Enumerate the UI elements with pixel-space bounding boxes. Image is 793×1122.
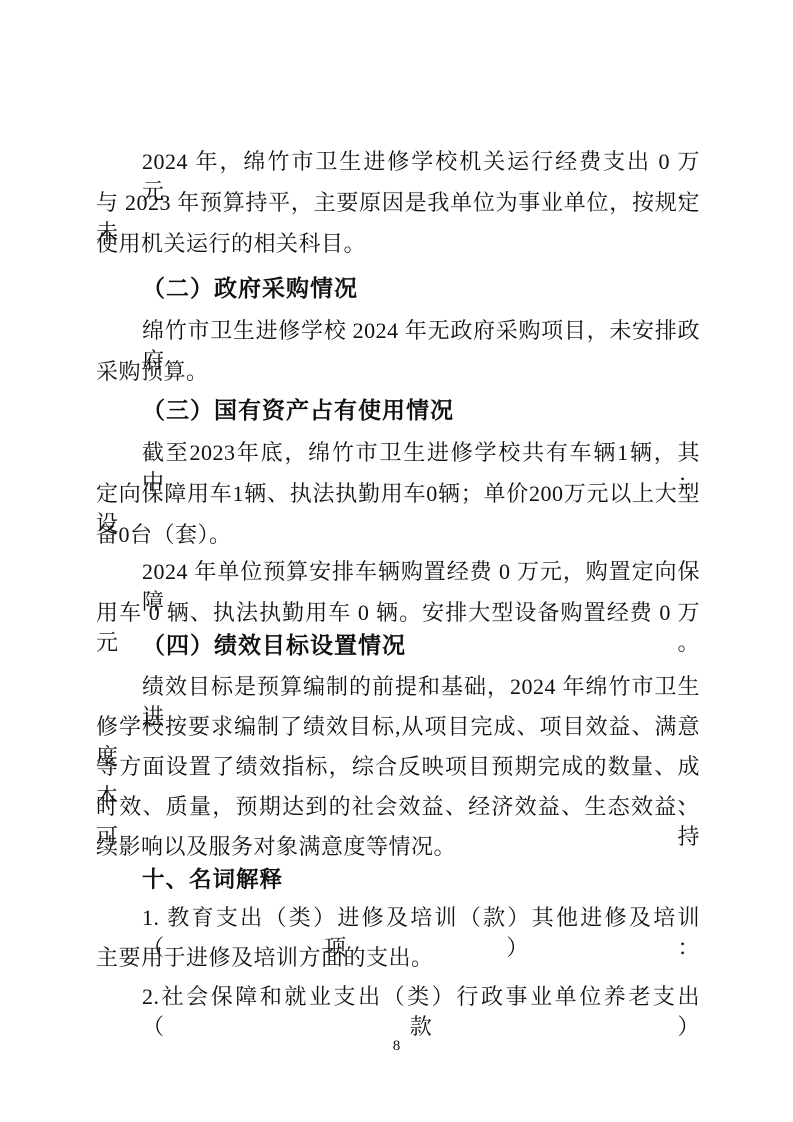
document-page: 2024 年，绵竹市卫生进修学校机关运行经费支出 0 万元， 与 2023 年预… — [0, 0, 793, 1122]
para-performance-line-5: 续影响以及服务对象满意度等情况。 — [96, 832, 700, 862]
para-operating-expense-line-3: 使用机关运行的相关科目。 — [96, 229, 700, 259]
section-heading-performance-targets: （四）绩效目标设置情况 — [96, 631, 700, 661]
para-glossary-line-2: 主要用于进修及培训方面的支出。 — [96, 943, 700, 973]
para-glossary-line-3: 2.社会保障和就业支出（类）行政事业单位养老支出（款） — [96, 982, 700, 1042]
para-gov-procurement-line-2: 采购预算。 — [96, 357, 700, 387]
section-heading-gov-procurement: （二）政府采购情况 — [96, 274, 700, 304]
page-number: 8 — [0, 1038, 793, 1055]
document-content: 2024 年，绵竹市卫生进修学校机关运行经费支出 0 万元， 与 2023 年预… — [96, 0, 700, 1122]
section-heading-state-assets: （三）国有资产占有使用情况 — [96, 396, 700, 426]
section-heading-glossary: 十、名词解释 — [96, 865, 700, 895]
para-state-assets-line-3: 备0台（套）。 — [96, 520, 700, 550]
